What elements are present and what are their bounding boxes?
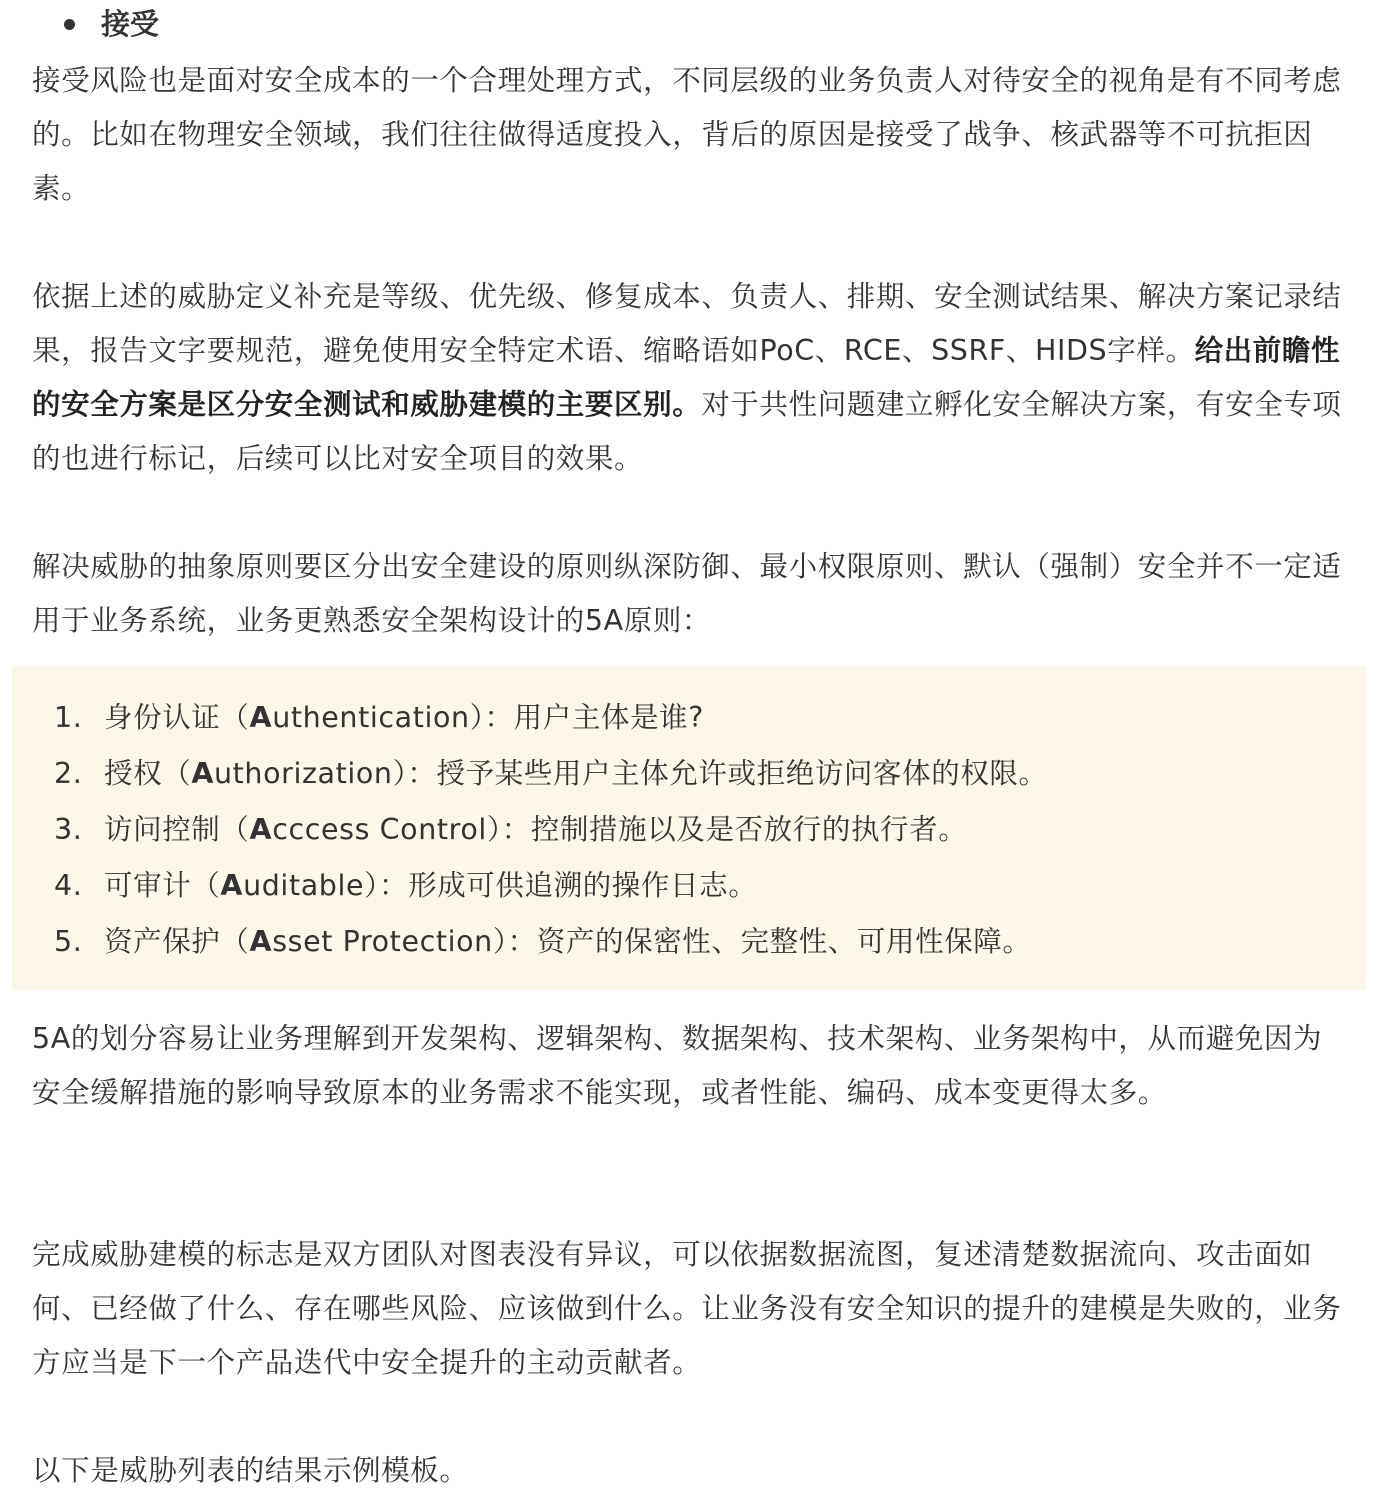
item-desc: 形成可供追溯的操作日志。	[408, 869, 757, 902]
item-desc: 资产的保密性、完整性、可用性保障。	[537, 925, 1032, 958]
item-initial: A	[250, 925, 273, 958]
paragraph-principles-intro: 解决威胁的抽象原则要区分出安全建设的原则纵深防御、最小权限原则、默认（强制）安全…	[32, 540, 1348, 648]
item-desc: 控制措施以及是否放行的执行者。	[531, 813, 968, 846]
item-term: sset Protection）：	[272, 925, 537, 958]
paragraph-text: 依据上述的威胁定义补充是等级、优先级、修复成本、负责人、排期、安全测试结果、解决…	[32, 280, 1342, 367]
list-number: 3.	[54, 802, 104, 858]
list-item: 4.可审计（Auditable）：形成可供追溯的操作日志。	[54, 858, 1048, 914]
bullet-dot-icon	[64, 19, 75, 30]
item-desc: 授予某些用户主体允许或拒绝访问客体的权限。	[437, 757, 1048, 790]
list-item: 5.资产保护（Asset Protection）：资产的保密性、完整性、可用性保…	[54, 914, 1048, 970]
paragraph-template-intro: 以下是威胁列表的结果示例模板。	[32, 1444, 1348, 1498]
item-term: uthentication）：	[272, 701, 513, 734]
principles-list: 1.身份认证（Authentication）：用户主体是谁? 2.授权（Auth…	[54, 690, 1048, 970]
paragraph-5a-benefit: 5A的划分容易让业务理解到开发架构、逻辑架构、数据架构、技术架构、业务架构中，从…	[32, 1012, 1348, 1120]
item-term: uthorization）：	[214, 757, 437, 790]
list-item: 2.授权（Authorization）：授予某些用户主体允许或拒绝访问客体的权限…	[54, 746, 1048, 802]
bullet-item: 接受	[60, 4, 159, 44]
list-item: 3.访问控制（Acccess Control）：控制措施以及是否放行的执行者。	[54, 802, 1048, 858]
item-name: 授权（	[104, 757, 191, 790]
item-initial: A	[250, 813, 273, 846]
item-desc: 用户主体是谁?	[514, 701, 704, 734]
item-initial: A	[191, 757, 214, 790]
item-term: cccess Control）：	[272, 813, 531, 846]
paragraph-accept-risk: 接受风险也是面对安全成本的一个合理处理方式，不同层级的业务负责人对待安全的视角是…	[32, 54, 1348, 216]
item-initial: A	[220, 869, 243, 902]
item-initial: A	[250, 701, 273, 734]
paragraph-threat-definition: 依据上述的威胁定义补充是等级、优先级、修复成本、负责人、排期、安全测试结果、解决…	[32, 270, 1348, 486]
list-number: 5.	[54, 914, 104, 970]
list-number: 4.	[54, 858, 104, 914]
list-number: 1.	[54, 690, 104, 746]
paragraph-completion: 完成威胁建模的标志是双方团队对图表没有异议，可以依据数据流图，复述清楚数据流向、…	[32, 1228, 1348, 1390]
principles-callout: 1.身份认证（Authentication）：用户主体是谁? 2.授权（Auth…	[12, 666, 1366, 990]
item-name: 资产保护（	[104, 925, 250, 958]
list-item: 1.身份认证（Authentication）：用户主体是谁?	[54, 690, 1048, 746]
item-term: uditable）：	[243, 869, 408, 902]
bullet-label: 接受	[101, 4, 159, 44]
item-name: 可审计（	[104, 869, 220, 902]
item-name: 访问控制（	[104, 813, 250, 846]
item-name: 身份认证（	[104, 701, 250, 734]
list-number: 2.	[54, 746, 104, 802]
